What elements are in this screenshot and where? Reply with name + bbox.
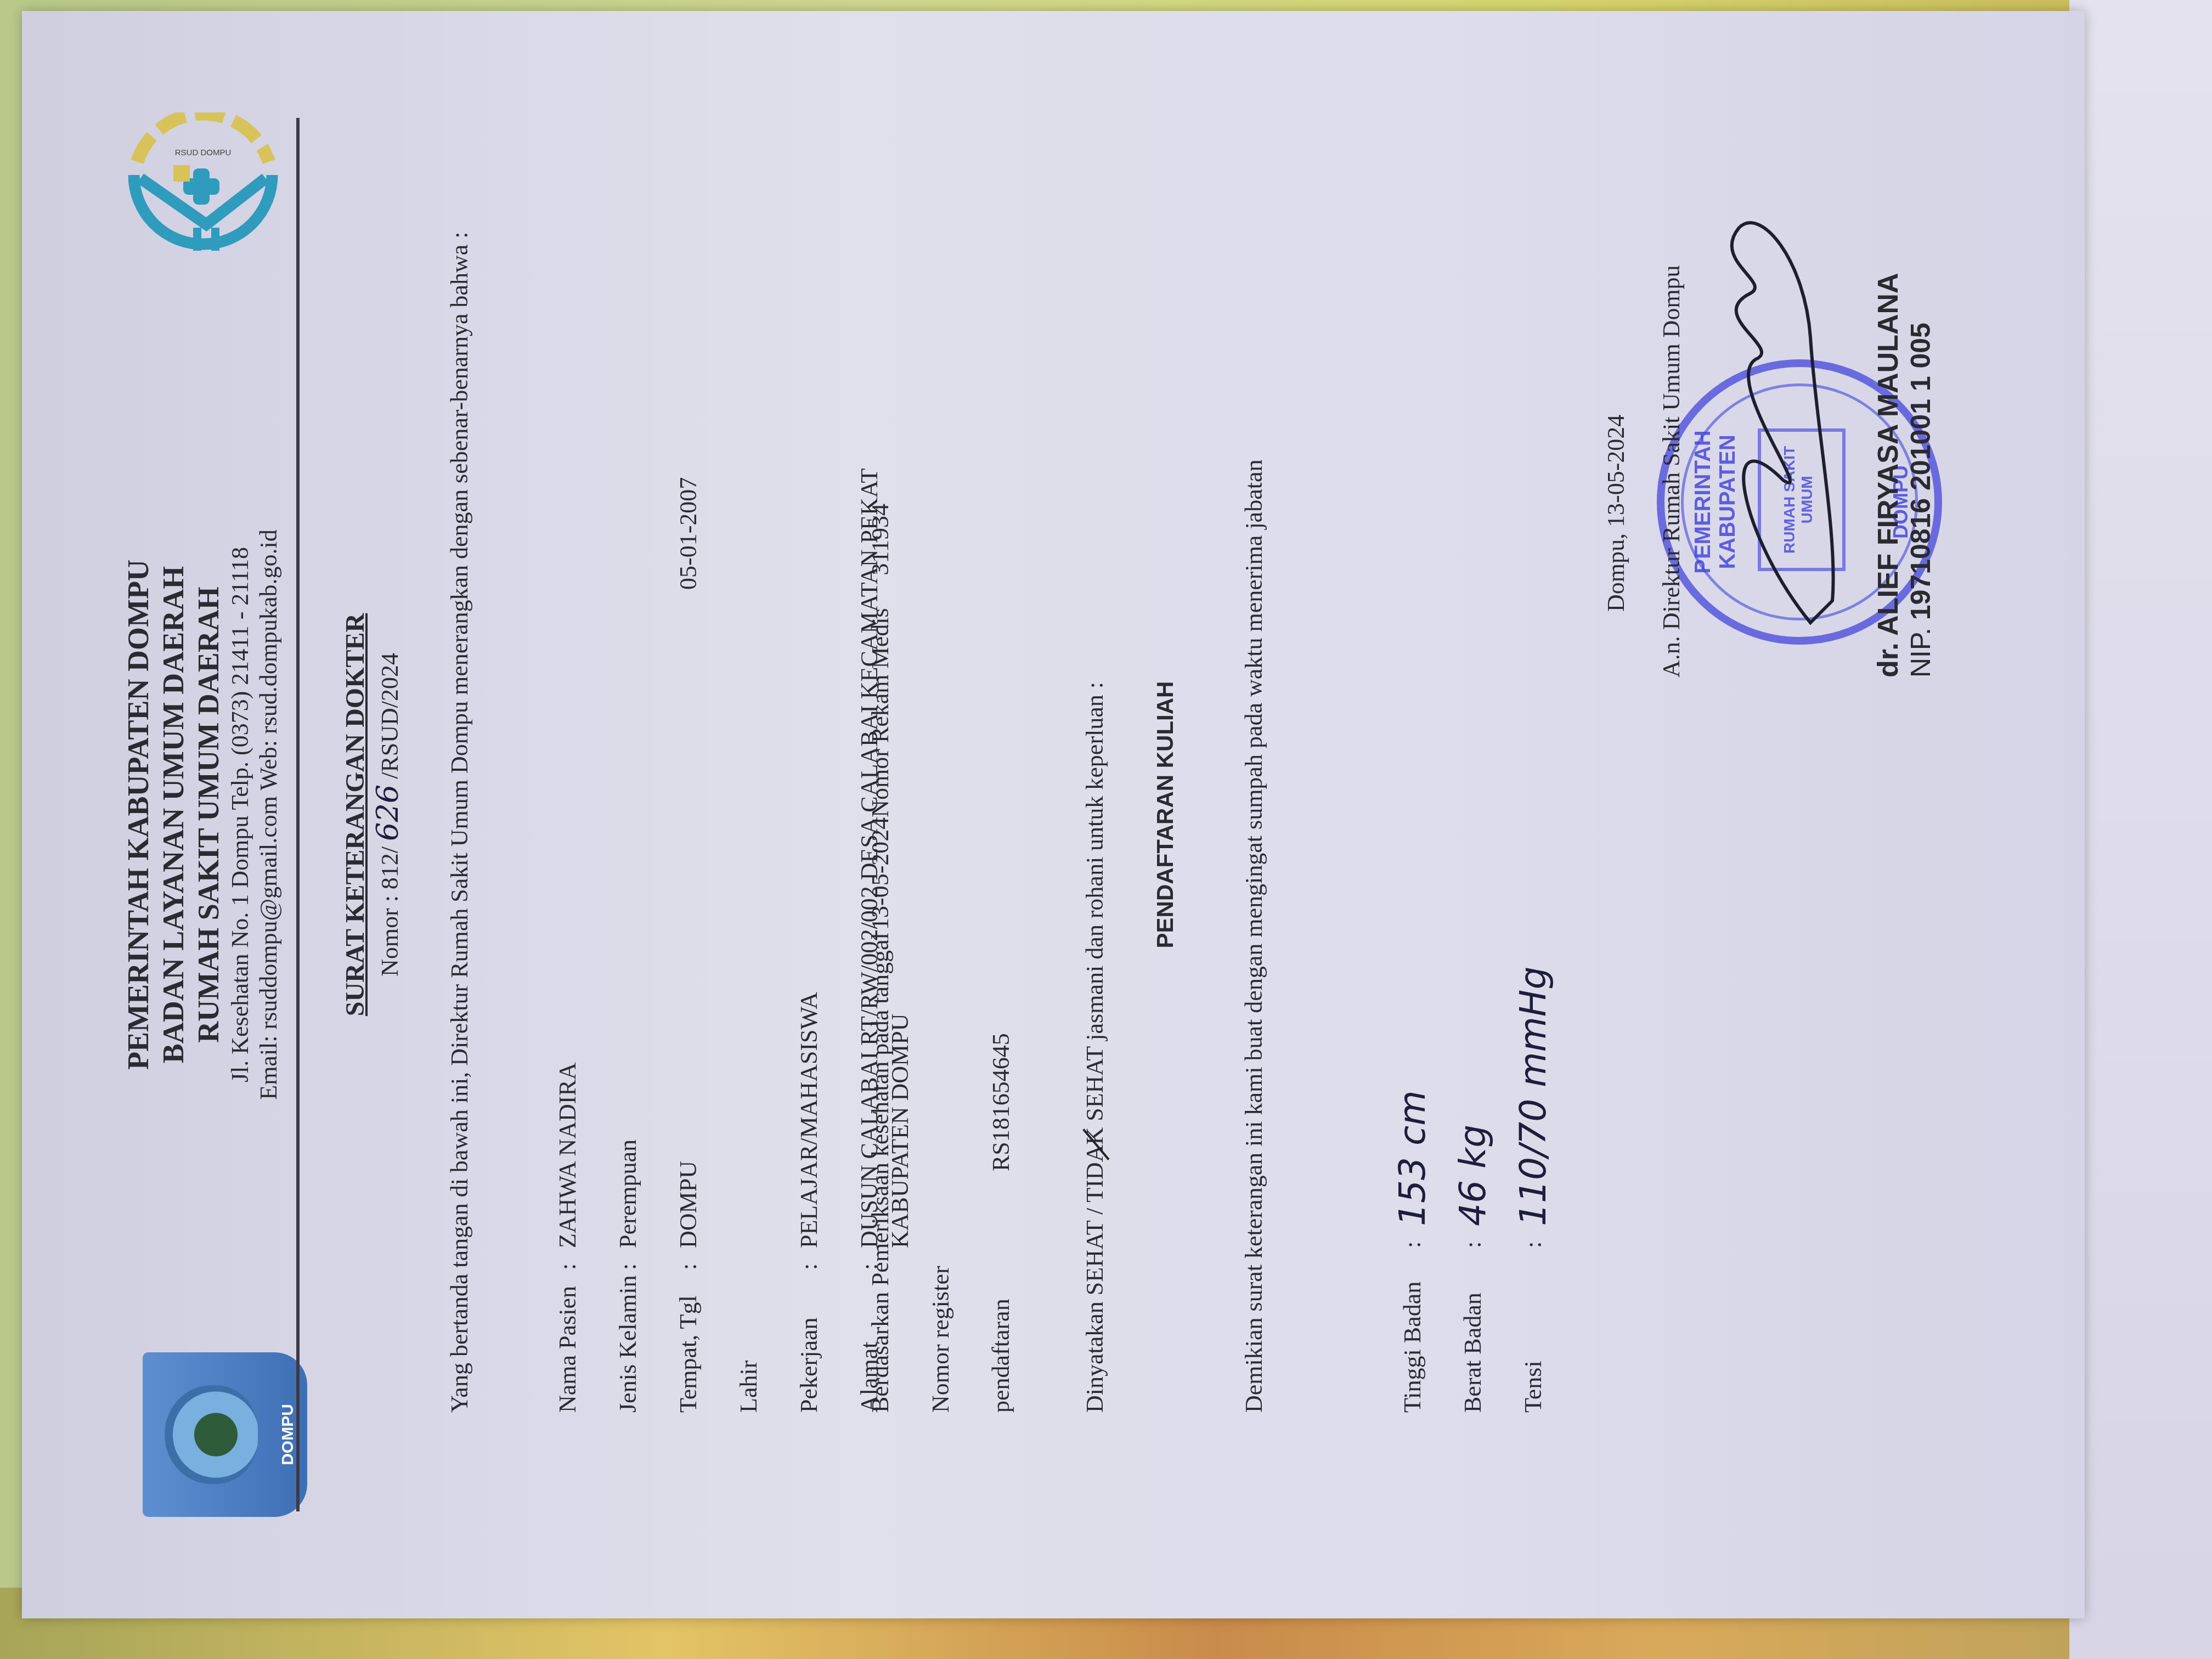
intro-paragraph: Yang bertanda tangan di bawah ini, Direk… <box>444 162 475 1413</box>
patient-occupation: PELAJAR/MAHASISWA <box>779 992 839 1248</box>
vitals: Tinggi Badan : 153 cm Berat Badan : 46 k… <box>1383 967 1564 1413</box>
letter-page: DOMPU PEMERINTAH KABUPATEN DOMPU BADAN L… <box>38 19 2068 1610</box>
svg-text:RSUD DOMPU: RSUD DOMPU <box>175 148 232 157</box>
rsud-dompu-logo-icon: RSUD DOMPU <box>121 112 285 277</box>
field-row-birth: Tempat, Tgl Lahir : DOMPU 05-01-2007 <box>658 96 779 1413</box>
patient-birthplace: DOMPU <box>658 1161 779 1248</box>
field-row-gender: Jenis Kelamin : Perempuan <box>598 96 658 1413</box>
patient-name: ZAHWA NADIRA <box>538 1062 598 1248</box>
title-heading: SURAT KETERANGAN DOKTER <box>340 19 370 1610</box>
closing-statement: Demikian surat keterangan ini kami buat … <box>1240 460 1268 1413</box>
field-row-name: Nama Pasien : ZAHWA NADIRA <box>538 96 598 1413</box>
medical-record-number: 311934 <box>850 504 911 575</box>
document-number: Nomor : 812/626/RSUD/2024 <box>370 19 405 1610</box>
vital-height: Tinggi Badan : 153 cm <box>1383 967 1443 1413</box>
signature-block: Dompu, 13-05-2024 A.n. Direktur Rumah Sa… <box>1602 74 1937 678</box>
vital-weight: Berat Badan : 46 kg <box>1443 967 1503 1413</box>
patient-gender: Perempuan <box>598 1139 658 1248</box>
exam-date: 13-05-2024 <box>850 817 911 930</box>
on-behalf-of: A.n. Direktur Rumah Sakit Umum Dompu <box>1657 74 1685 678</box>
letterhead-divider <box>296 118 300 1511</box>
purpose: PENDAFTARAN KULIAH <box>1152 19 1178 1610</box>
patient-birthdate: 05-01-2007 <box>658 477 719 590</box>
doctor-name: dr. ALIEF FIRYASA MAULANA <box>1872 74 1905 678</box>
document-title: SURAT KETERANGAN DOKTER Nomor : 812/626/… <box>340 19 405 1610</box>
letterhead: DOMPU PEMERINTAH KABUPATEN DOMPU BADAN L… <box>88 19 296 1610</box>
background-surface <box>2069 0 2212 1659</box>
doctor-nip: NIP. 19710816 201001 1 005 <box>1905 74 1937 678</box>
document-paper: DOMPU PEMERINTAH KABUPATEN DOMPU BADAN L… <box>22 11 2085 1618</box>
handwritten-number: 626 <box>370 785 405 841</box>
struck-text: AK <box>1081 1127 1108 1163</box>
place-date: Dompu, 13-05-2024 <box>1602 74 1630 612</box>
registration-number: RS181654645 <box>971 1033 1031 1171</box>
vital-blood-pressure: Tensi : 110/70 mmHg <box>1503 967 1564 1413</box>
health-declaration: Dinyatakan SEHAT / TIDAK SEHAT jasmani d… <box>1081 41 1109 1413</box>
exam-info: Berdasarkan Pemeriksaan kesehatan pada t… <box>850 41 1031 1413</box>
field-row-occupation: Pekerjaan : PELAJAR/MAHASISWA <box>779 96 839 1413</box>
